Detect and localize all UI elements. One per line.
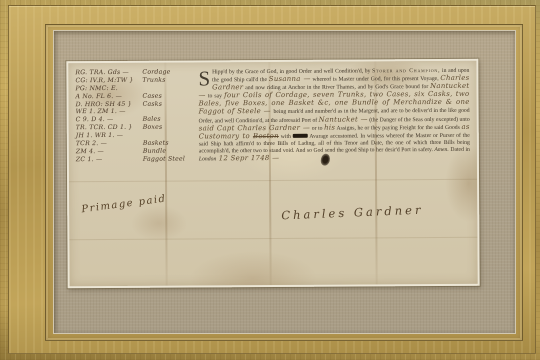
- mark-code: ZC 1. —: [76, 156, 103, 163]
- mark-code: TR. TCR. CD 1. }: [76, 124, 133, 131]
- amen-word: Amen.: [434, 147, 448, 153]
- dated-in-clause: Dated in: [449, 147, 470, 153]
- goods-label: Casks: [143, 100, 163, 108]
- master-signature: Charles Gardner: [281, 203, 424, 223]
- assigns-fill-handwritten: his: [324, 123, 335, 131]
- crease-line: [69, 179, 477, 182]
- shipping-marks-column: RG. TRA. Gds —Cordage CG: IV.R, M:TW }Tr…: [75, 68, 194, 163]
- mark-code: ZM 4. —: [76, 148, 104, 155]
- goods-label: Bundle: [143, 148, 166, 156]
- mark-code: RG. TRA. Gds —: [75, 69, 129, 76]
- printed-body-text: SHipp'd by the Grace of God, in good Ord…: [198, 68, 470, 164]
- goods-label: Cases: [143, 92, 162, 100]
- ship-name-handwritten: Susanna —: [269, 75, 311, 83]
- assigns-clause: Assigns, he or they paying Freight for t…: [335, 125, 461, 132]
- mark-code: D. HRO: SH 45 }: [76, 100, 132, 107]
- framed-document-photo: RG. TRA. Gds —Cordage CG: IV.R, M:TW }Tr…: [0, 0, 540, 360]
- redaction-mark: [293, 134, 308, 138]
- master-intro-clause: whereof is Master under God, for this pr…: [311, 76, 441, 83]
- with-word: with: [279, 134, 293, 140]
- mark-code: A No. FL 6. —: [76, 93, 122, 100]
- mark-code: JH 1. WR 1. —: [76, 132, 123, 139]
- goods-label: Trunks: [142, 77, 165, 85]
- drop-cap-initial: S: [198, 69, 212, 87]
- mark-code: CG: IV.R, M:TW }: [75, 77, 133, 84]
- port-name-handwritten: Nantucket —: [319, 115, 368, 123]
- goods-label: Boxes: [143, 124, 163, 132]
- goods-label: Faggot Steel: [143, 155, 185, 163]
- dated-date-handwritten: 12 Sepr 1748 —: [216, 154, 279, 162]
- mark-code: WE 1. ZM 1. —: [76, 108, 126, 115]
- excepted-clause: (the Danger of the Seas only excepted) u…: [368, 116, 470, 123]
- dated-place: London: [199, 156, 216, 162]
- consignee-handwritten: said Capt Charles Gardner —: [199, 123, 310, 132]
- freight-note-struck-handwritten: Boston: [253, 132, 279, 140]
- bill-of-lading-sheet: RG. TRA. Gds —Cordage CG: IV.R, M:TW }Tr…: [66, 59, 479, 289]
- crease-line: [69, 237, 477, 240]
- or-to-clause: or to: [310, 125, 324, 131]
- shippers-name: Storer and Champion,: [372, 68, 440, 74]
- goods-label: Bales: [143, 116, 161, 124]
- mark-code: PG: NMC: E.: [75, 85, 117, 92]
- mark-row: ZC 1. —Faggot Steel: [76, 155, 194, 164]
- mark-code: TCR 2. —: [76, 140, 107, 147]
- primage-paid-note: Primage paid: [81, 193, 167, 215]
- mark-code: C 9. D 4. —: [76, 116, 114, 123]
- goods-label: Cordage: [142, 69, 170, 77]
- goods-label: Baskets: [143, 140, 169, 148]
